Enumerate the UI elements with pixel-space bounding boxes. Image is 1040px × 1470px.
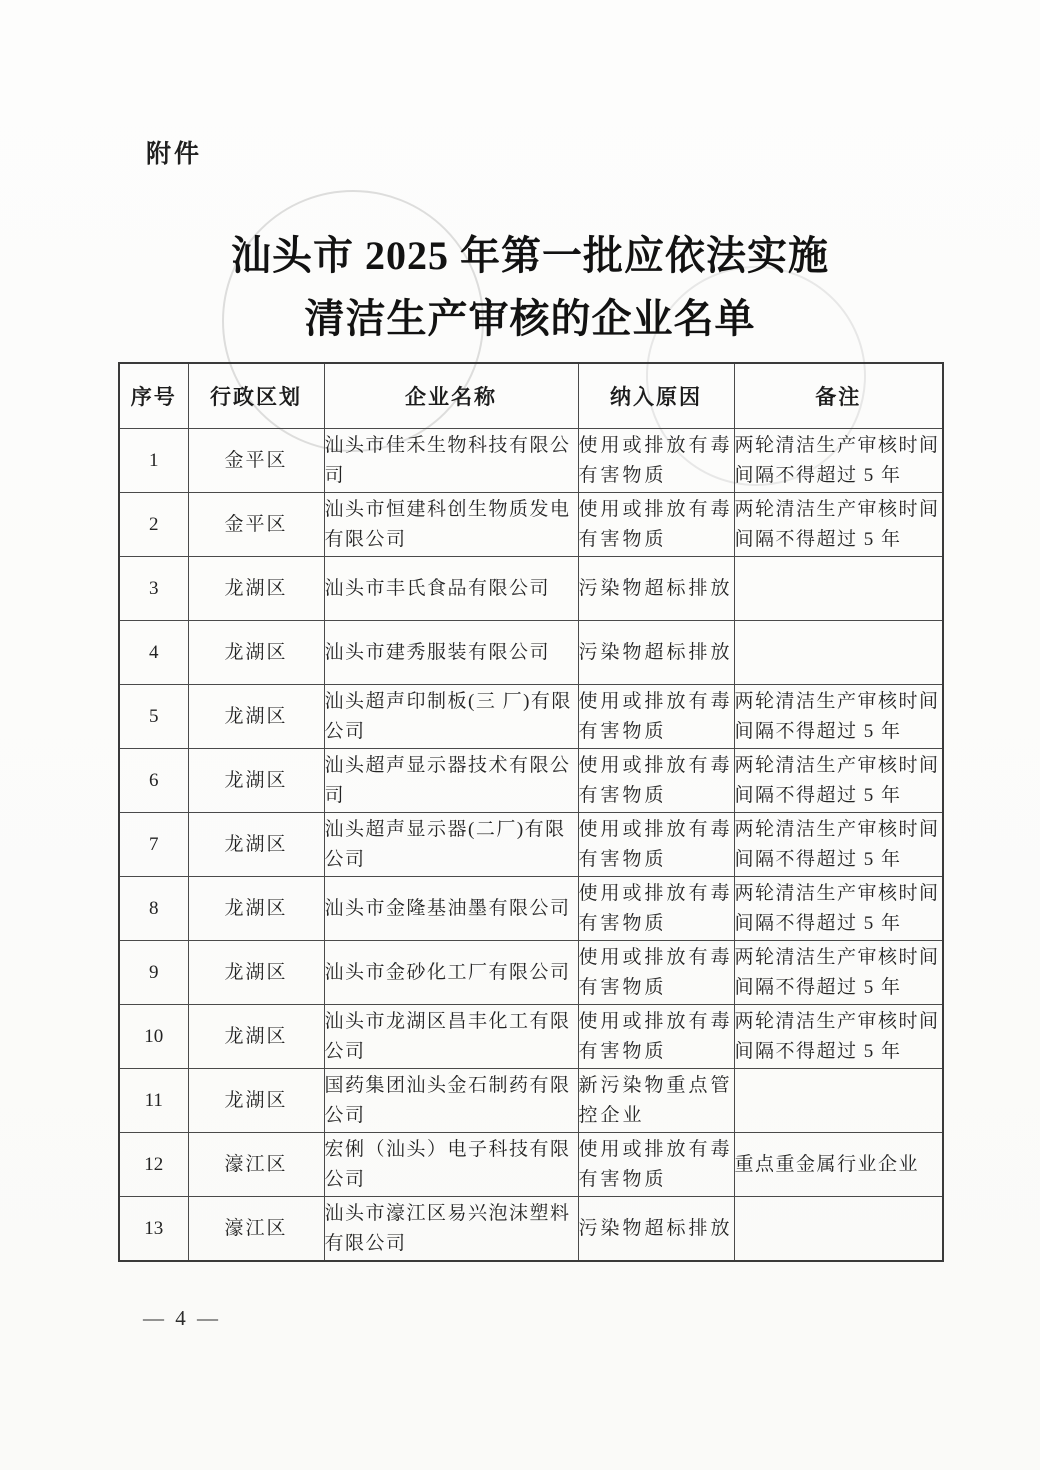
cell-company: 汕头超声印制板(三 厂)有限公司: [324, 685, 578, 749]
table-row: 9龙湖区汕头市金砂化工厂有限公司使用或排放有毒有害物质两轮清洁生产审核时间间隔不…: [119, 941, 943, 1005]
cell-district: 濠江区: [188, 1197, 324, 1262]
cell-no: 3: [119, 557, 188, 621]
cell-remark: 重点重金属行业企业: [734, 1133, 943, 1197]
cell-remark: 两轮清洁生产审核时间间隔不得超过 5 年: [734, 749, 943, 813]
cell-district: 龙湖区: [188, 685, 324, 749]
cell-company: 汕头市龙湖区昌丰化工有限公司: [324, 1005, 578, 1069]
cell-reason: 使用或排放有毒有害物质: [578, 429, 734, 493]
cell-district: 龙湖区: [188, 813, 324, 877]
cell-remark: [734, 621, 943, 685]
table-row: 3龙湖区汕头市丰氏食品有限公司污染物超标排放: [119, 557, 943, 621]
document-title: 汕头市 2025 年第一批应依法实施 清洁生产审核的企业名单: [20, 224, 1040, 350]
header-cell-district: 行政区划: [188, 363, 324, 429]
cell-remark: 两轮清洁生产审核时间间隔不得超过 5 年: [734, 877, 943, 941]
enterprise-table: 序号 行政区划 企业名称 纳入原因 备注 1金平区汕头市佳禾生物科技有限公司使用…: [118, 362, 944, 1262]
document-page: 附件 汕头市 2025 年第一批应依法实施 清洁生产审核的企业名单 序号 行政区…: [0, 0, 1040, 1470]
table-row: 11龙湖区国药集团汕头金石制药有限公司新污染物重点管控企业: [119, 1069, 943, 1133]
cell-district: 龙湖区: [188, 557, 324, 621]
cell-district: 金平区: [188, 493, 324, 557]
cell-district: 龙湖区: [188, 621, 324, 685]
cell-reason: 使用或排放有毒有害物质: [578, 941, 734, 1005]
cell-remark: 两轮清洁生产审核时间间隔不得超过 5 年: [734, 941, 943, 1005]
cell-company: 宏俐（汕头）电子科技有限公司: [324, 1133, 578, 1197]
cell-remark: 两轮清洁生产审核时间间隔不得超过 5 年: [734, 813, 943, 877]
cell-reason: 使用或排放有毒有害物质: [578, 1005, 734, 1069]
cell-reason: 使用或排放有毒有害物质: [578, 749, 734, 813]
cell-company: 汕头市金砂化工厂有限公司: [324, 941, 578, 1005]
cell-company: 汕头市丰氏食品有限公司: [324, 557, 578, 621]
cell-district: 龙湖区: [188, 941, 324, 1005]
cell-no: 11: [119, 1069, 188, 1133]
table-header-row: 序号 行政区划 企业名称 纳入原因 备注: [119, 363, 943, 429]
cell-reason: 新污染物重点管控企业: [578, 1069, 734, 1133]
cell-remark: 两轮清洁生产审核时间间隔不得超过 5 年: [734, 493, 943, 557]
attachment-label: 附件: [146, 134, 202, 170]
cell-remark: 两轮清洁生产审核时间间隔不得超过 5 年: [734, 429, 943, 493]
cell-reason: 使用或排放有毒有害物质: [578, 877, 734, 941]
cell-remark: [734, 1069, 943, 1133]
cell-reason: 污染物超标排放: [578, 621, 734, 685]
cell-remark: [734, 1197, 943, 1262]
cell-no: 2: [119, 493, 188, 557]
cell-company: 汕头市佳禾生物科技有限公司: [324, 429, 578, 493]
table-row: 8龙湖区汕头市金隆基油墨有限公司使用或排放有毒有害物质两轮清洁生产审核时间间隔不…: [119, 877, 943, 941]
cell-no: 7: [119, 813, 188, 877]
table-row: 12濠江区宏俐（汕头）电子科技有限公司使用或排放有毒有害物质重点重金属行业企业: [119, 1133, 943, 1197]
page-number: — 4 —: [143, 1306, 221, 1331]
table-body: 1金平区汕头市佳禾生物科技有限公司使用或排放有毒有害物质两轮清洁生产审核时间间隔…: [119, 429, 943, 1262]
header-cell-remark: 备注: [734, 363, 943, 429]
cell-no: 4: [119, 621, 188, 685]
cell-reason: 使用或排放有毒有害物质: [578, 813, 734, 877]
title-line-2: 清洁生产审核的企业名单: [20, 287, 1040, 350]
cell-reason: 使用或排放有毒有害物质: [578, 1133, 734, 1197]
cell-company: 汕头市恒建科创生物质发电有限公司: [324, 493, 578, 557]
header-cell-no: 序号: [119, 363, 188, 429]
header-cell-company: 企业名称: [324, 363, 578, 429]
cell-no: 5: [119, 685, 188, 749]
cell-district: 濠江区: [188, 1133, 324, 1197]
table-row: 7龙湖区汕头超声显示器(二厂)有限公司使用或排放有毒有害物质两轮清洁生产审核时间…: [119, 813, 943, 877]
header-cell-reason: 纳入原因: [578, 363, 734, 429]
cell-reason: 使用或排放有毒有害物质: [578, 685, 734, 749]
table-row: 2金平区汕头市恒建科创生物质发电有限公司使用或排放有毒有害物质两轮清洁生产审核时…: [119, 493, 943, 557]
table-row: 4龙湖区汕头市建秀服装有限公司污染物超标排放: [119, 621, 943, 685]
cell-district: 龙湖区: [188, 1005, 324, 1069]
cell-no: 13: [119, 1197, 188, 1262]
cell-company: 汕头超声显示器技术有限公司: [324, 749, 578, 813]
cell-remark: 两轮清洁生产审核时间间隔不得超过 5 年: [734, 685, 943, 749]
cell-no: 1: [119, 429, 188, 493]
cell-district: 金平区: [188, 429, 324, 493]
cell-remark: 两轮清洁生产审核时间间隔不得超过 5 年: [734, 1005, 943, 1069]
cell-no: 10: [119, 1005, 188, 1069]
table-row: 5龙湖区汕头超声印制板(三 厂)有限公司使用或排放有毒有害物质两轮清洁生产审核时…: [119, 685, 943, 749]
cell-no: 12: [119, 1133, 188, 1197]
cell-remark: [734, 557, 943, 621]
cell-company: 汕头市濠江区易兴泡沫塑料有限公司: [324, 1197, 578, 1262]
cell-no: 6: [119, 749, 188, 813]
table-row: 6龙湖区汕头超声显示器技术有限公司使用或排放有毒有害物质两轮清洁生产审核时间间隔…: [119, 749, 943, 813]
table-row: 13濠江区汕头市濠江区易兴泡沫塑料有限公司污染物超标排放: [119, 1197, 943, 1262]
cell-no: 8: [119, 877, 188, 941]
table-row: 1金平区汕头市佳禾生物科技有限公司使用或排放有毒有害物质两轮清洁生产审核时间间隔…: [119, 429, 943, 493]
cell-no: 9: [119, 941, 188, 1005]
cell-reason: 使用或排放有毒有害物质: [578, 493, 734, 557]
cell-company: 国药集团汕头金石制药有限公司: [324, 1069, 578, 1133]
cell-district: 龙湖区: [188, 1069, 324, 1133]
cell-district: 龙湖区: [188, 749, 324, 813]
table-row: 10龙湖区汕头市龙湖区昌丰化工有限公司使用或排放有毒有害物质两轮清洁生产审核时间…: [119, 1005, 943, 1069]
title-line-1: 汕头市 2025 年第一批应依法实施: [20, 224, 1040, 287]
cell-company: 汕头市金隆基油墨有限公司: [324, 877, 578, 941]
cell-district: 龙湖区: [188, 877, 324, 941]
cell-reason: 污染物超标排放: [578, 557, 734, 621]
cell-company: 汕头市建秀服装有限公司: [324, 621, 578, 685]
cell-company: 汕头超声显示器(二厂)有限公司: [324, 813, 578, 877]
cell-reason: 污染物超标排放: [578, 1197, 734, 1262]
